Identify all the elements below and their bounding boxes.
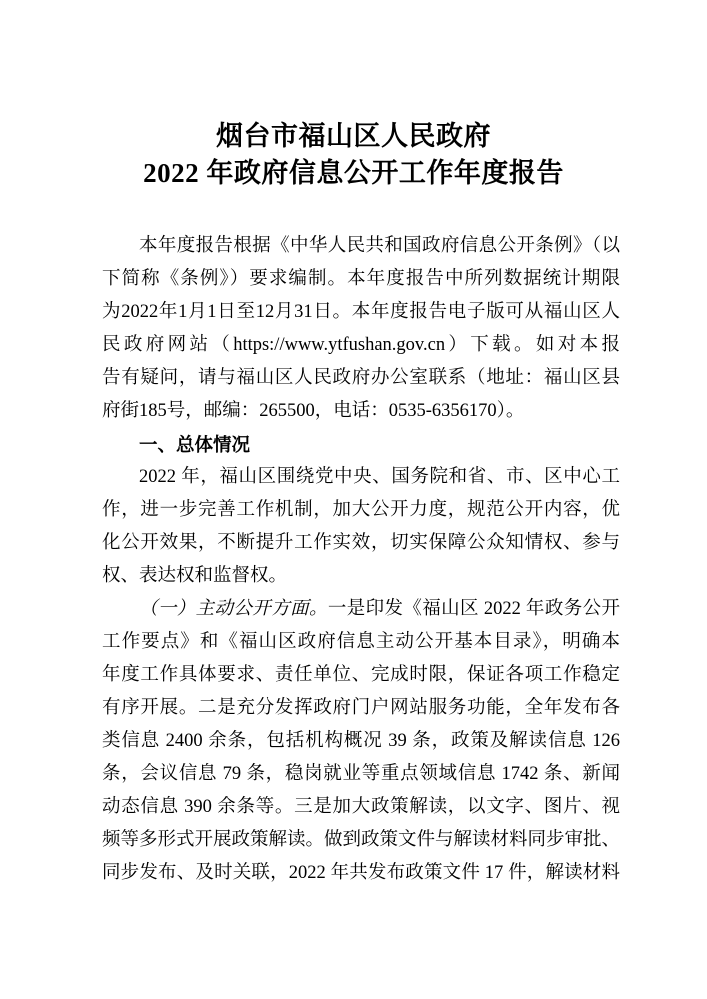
section-heading-overall-situation: 一、总体情况	[102, 428, 620, 461]
intro-line: 民政府网站（https://www.ytfushan.gov.cn）下载。如对本…	[102, 329, 620, 362]
overview-line: 2022 年，福山区围绕党中央、国务院和省、市、区中心工	[102, 461, 620, 494]
proactive-line: 类信息 2400 余条，包括机构概况 39 条，政策及解读信息 126	[102, 725, 620, 758]
proactive-lead-phrase: （一）主动公开方面。	[139, 599, 328, 619]
intro-line: 为2022年1月1日至12月31日。本年度报告电子版可从福山区人	[102, 296, 620, 329]
overview-line: 化公开效果，不断提升工作实效，切实保障公众知情权、参与	[102, 527, 620, 560]
title-line-2: 2022 年政府信息公开工作年度报告	[0, 155, 707, 192]
proactive-line: 动态信息 390 余条等。三是加大政策解读，以文字、图片、视	[102, 791, 620, 824]
intro-line: 告有疑问，请与福山区人民政府办公室联系（地址：福山区县	[102, 362, 620, 395]
proactive-line: 同步发布、及时关联，2022 年共发布政策文件 17 件，解读材料	[102, 857, 620, 890]
overview-line: 权、表达权和监督权。	[102, 560, 620, 593]
proactive-line-first: （一）主动公开方面。一是印发《福山区 2022 年政务公开	[102, 593, 620, 626]
proactive-line: 有序开展。二是充分发挥政府门户网站服务功能，全年发布各	[102, 692, 620, 725]
intro-line: 府街185号，邮编：265500，电话：0535-6356170）。	[102, 395, 620, 428]
title-line-1: 烟台市福山区人民政府	[0, 118, 707, 155]
document-body: 本年度报告根据《中华人民共和国政府信息公开条例》（以 下简称《条例》）要求编制。…	[102, 230, 620, 890]
proactive-line: 工作要点》和《福山区政府信息主动公开基本目录》，明确本	[102, 626, 620, 659]
document-title: 烟台市福山区人民政府 2022 年政府信息公开工作年度报告	[0, 118, 707, 192]
overview-line: 作，进一步完善工作机制，加大公开力度，规范公开内容，优	[102, 494, 620, 527]
proactive-line: 条，会议信息 79 条，稳岗就业等重点领域信息 1742 条、新闻	[102, 758, 620, 791]
proactive-line-first-rest: 一是印发《福山区 2022 年政务公开	[328, 599, 620, 619]
intro-line: 本年度报告根据《中华人民共和国政府信息公开条例》（以	[102, 230, 620, 263]
intro-line: 下简称《条例》）要求编制。本年度报告中所列数据统计期限	[102, 263, 620, 296]
proactive-line: 频等多形式开展政策解读。做到政策文件与解读材料同步审批、	[102, 824, 620, 857]
document-page: 烟台市福山区人民政府 2022 年政府信息公开工作年度报告 本年度报告根据《中华…	[0, 0, 707, 999]
proactive-line: 年度工作具体要求、责任单位、完成时限，保证各项工作稳定	[102, 659, 620, 692]
